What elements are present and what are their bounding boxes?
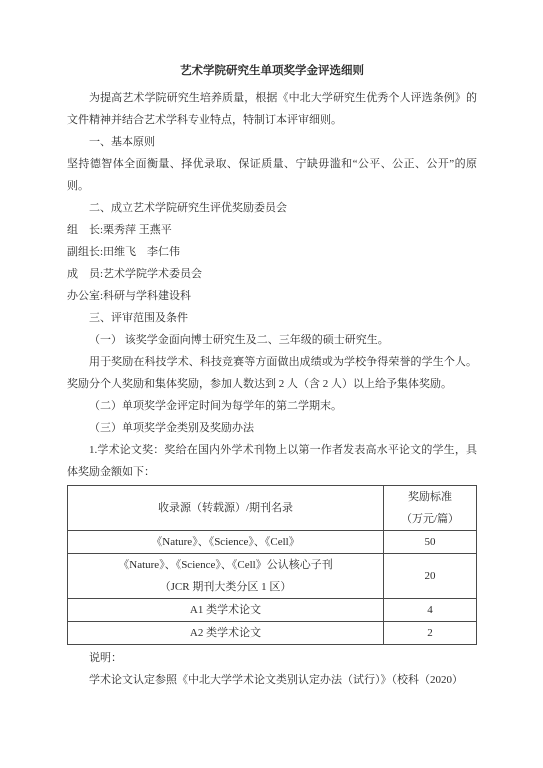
cell-source: A1 类学术论文: [68, 599, 384, 622]
table-row: A1 类学术论文 4: [68, 599, 477, 622]
cell-amount: 2: [384, 622, 477, 645]
table-row: A2 类学术论文 2: [68, 622, 477, 645]
section3-item1: （一） 该奖学金面向博士研究生及二、三年级的硕士研究生。: [67, 329, 477, 351]
intro-paragraph: 为提高艺术学院研究生培养质量，根据《中北大学研究生优秀个人评选条例》的文件精神并…: [67, 87, 477, 131]
table-header-row: 收录源（转载源）/期刊名录 奖励标准 （万元/篇）: [68, 486, 477, 531]
committee-line-deputy: 副组长:田维飞 李仁伟: [67, 241, 477, 263]
document-title: 艺术学院研究生单项奖学金评选细则: [67, 60, 477, 82]
scholarship-award-table: 收录源（转载源）/期刊名录 奖励标准 （万元/篇） 《Nature》、《Scie…: [67, 485, 477, 645]
cell-source: 《Nature》、《Science》、《Cell》公认核心子刊 （JCR 期刊大…: [68, 554, 384, 599]
header-cell-standard: 奖励标准 （万元/篇）: [384, 486, 477, 531]
notes-label: 说明：: [67, 647, 477, 669]
section2-heading: 二、成立艺术学院研究生评优奖励委员会: [67, 197, 477, 219]
committee-line-office: 办公室:科研与学科建设科: [67, 285, 477, 307]
header-standard-line2: （万元/篇）: [388, 508, 472, 530]
notes-reference: 学术论文认定参照《中北大学学术论文类别认定办法（试行）》（校科（2020）: [67, 669, 477, 691]
section3-item2: （二）单项奖学金评定时间为每学年的第二学期末。: [67, 395, 477, 417]
cell-source: A2 类学术论文: [68, 622, 384, 645]
section3-item1-detail: 用于奖励在科技学术、科技竞赛等方面做出成绩或为学校争得荣誉的学生个人。奖励分个人…: [67, 351, 477, 395]
header-cell-source: 收录源（转载源）/期刊名录: [68, 486, 384, 531]
header-standard-line1: 奖励标准: [388, 486, 472, 508]
document-page: 艺术学院研究生单项奖学金评选细则 为提高艺术学院研究生培养质量，根据《中北大学研…: [0, 0, 543, 768]
cell-amount: 50: [384, 531, 477, 554]
committee-line-members: 成 员:艺术学院学术委员会: [67, 263, 477, 285]
section3-heading: 三、评审范围及条件: [67, 307, 477, 329]
table-row: 《Nature》、《Science》、《Cell》 50: [68, 531, 477, 554]
award1-intro: 1.学术论文奖：奖给在国内外学术刊物上以第一作者发表高水平论文的学生，具体奖励金…: [67, 439, 477, 483]
cell-amount: 4: [384, 599, 477, 622]
cell-source-line1: 《Nature》、《Science》、《Cell》公认核心子刊: [72, 554, 379, 576]
committee-line-leader: 组 长:栗秀萍 王燕平: [67, 219, 477, 241]
cell-source-line2: （JCR 期刊大类分区 1 区）: [72, 576, 379, 598]
table-row: 《Nature》、《Science》、《Cell》公认核心子刊 （JCR 期刊大…: [68, 554, 477, 599]
section1-body: 坚持德智体全面衡量、择优录取、保证质量、宁缺毋滥和“公平、公正、公开”的原则。: [67, 153, 477, 197]
cell-source: 《Nature》、《Science》、《Cell》: [68, 531, 384, 554]
section3-item3: （三）单项奖学金类别及奖励办法: [67, 417, 477, 439]
cell-amount: 20: [384, 554, 477, 599]
section1-heading: 一、基本原则: [67, 131, 477, 153]
